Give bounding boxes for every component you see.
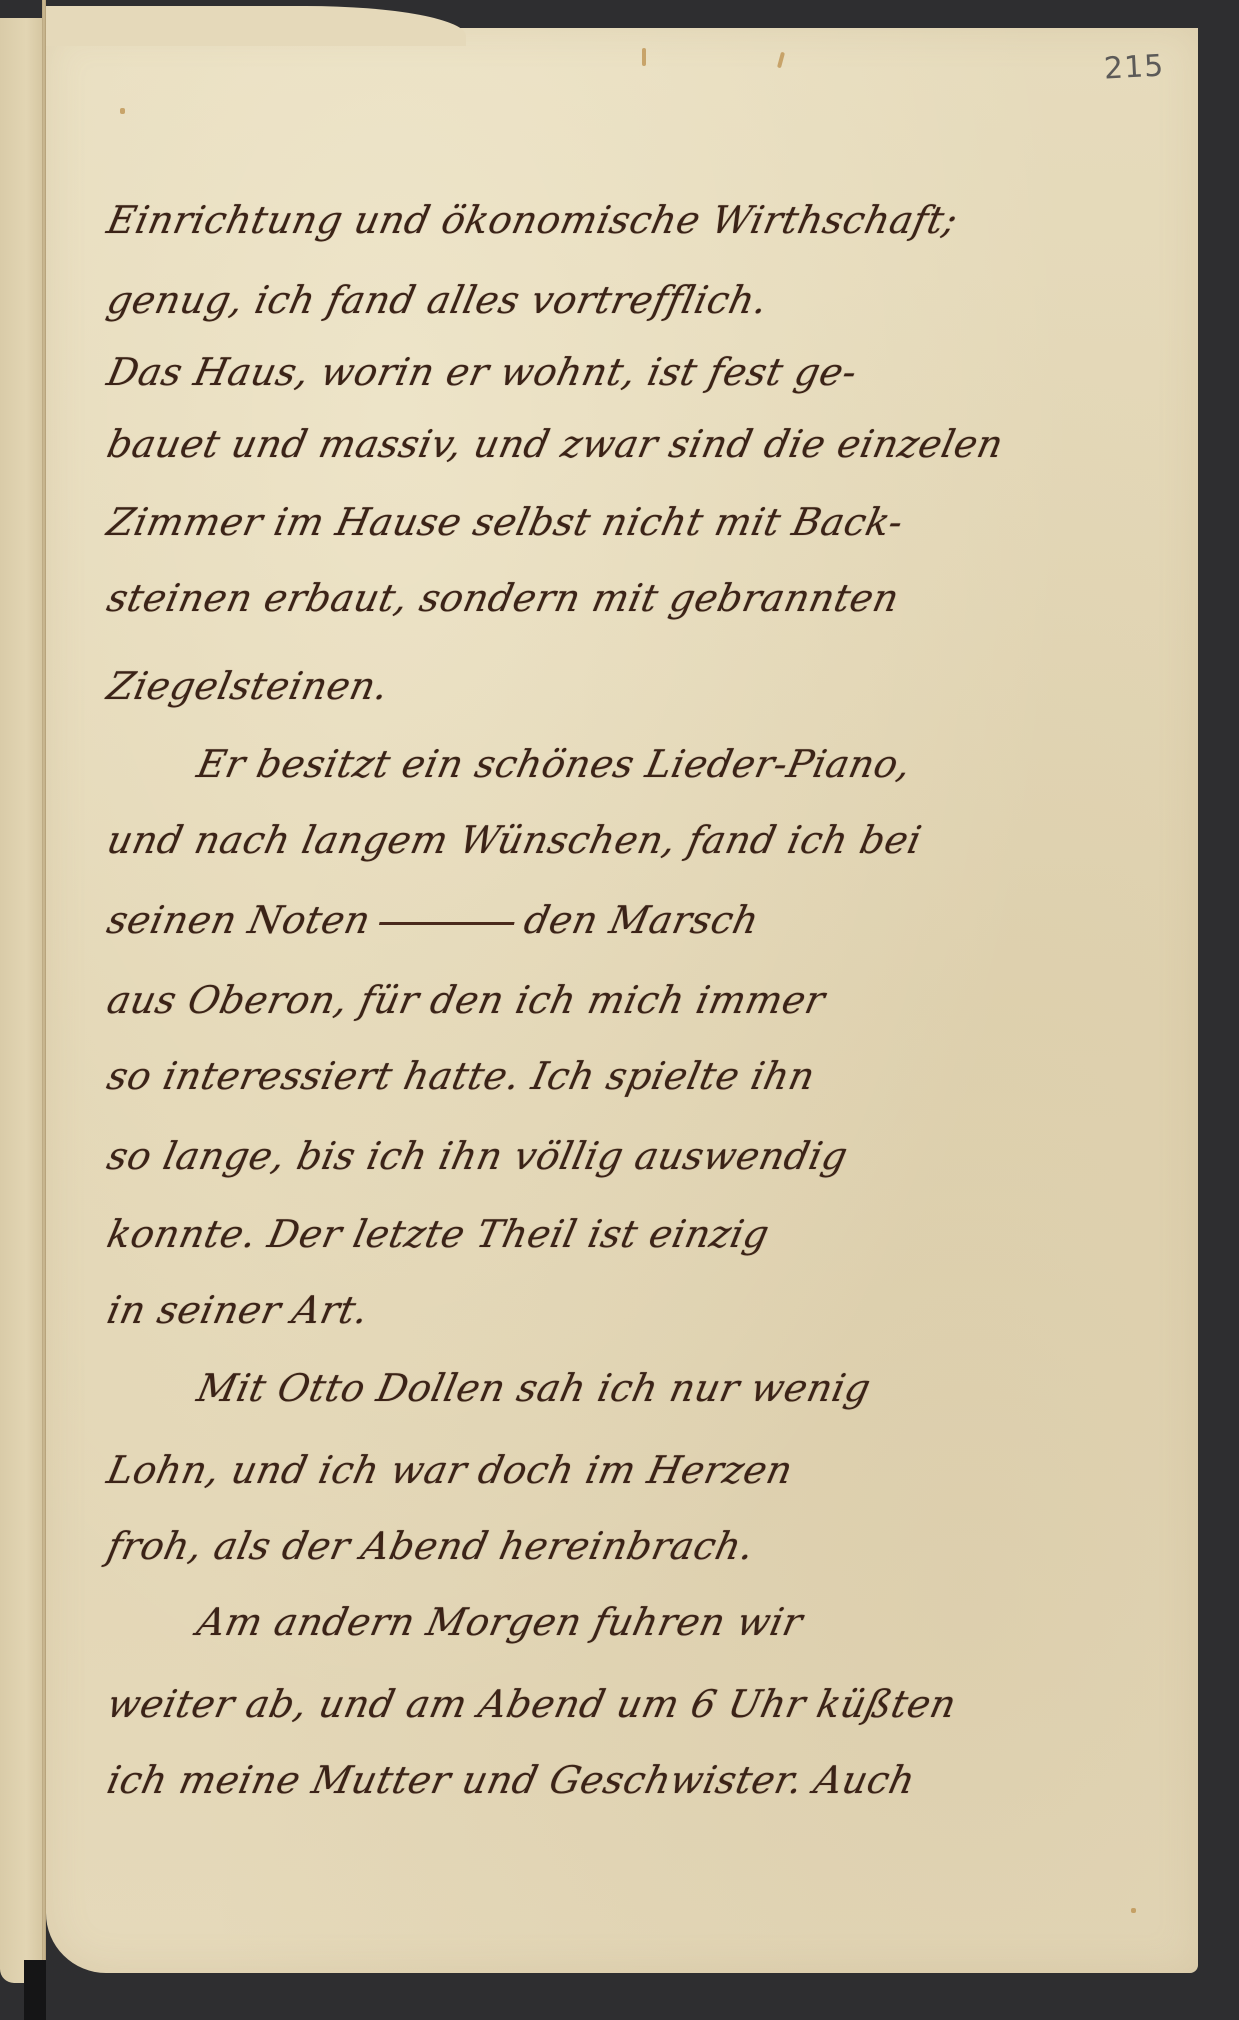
text-line: froh, als der Abend hereinbrach.: [103, 1524, 758, 1568]
text-fragment: seinen Noten: [103, 898, 374, 942]
paper-speck: [1131, 1908, 1136, 1913]
text-line: aus Oberon, für den ich mich immer: [103, 978, 829, 1022]
text-line: konnte. Der letzte Theil ist einzig: [103, 1212, 773, 1256]
facing-page-edge: [0, 18, 44, 1983]
text-line: und nach langem Wünschen, fand ich bei: [103, 818, 925, 862]
paper-speck: [120, 108, 125, 114]
text-line: so lange, bis ich ihn völlig auswendig: [103, 1134, 851, 1178]
manuscript-scan: 215 Einrichtung und ökonomische Wirthsch…: [0, 0, 1239, 2020]
paper-speck: [642, 48, 646, 66]
paper-speck: [777, 52, 785, 68]
text-line: in seiner Art.: [103, 1288, 372, 1332]
text-line: weiter ab, und am Abend um 6 Uhr küßten: [103, 1682, 960, 1726]
text-fragment: den Marsch: [520, 898, 763, 942]
paragraph-start-line: Er besitzt ein schönes Lieder-Piano,: [193, 742, 915, 786]
text-line-with-dash: seinen Notenden Marsch: [103, 898, 763, 942]
text-line: Ziegelsteinen.: [103, 664, 392, 708]
text-line: bauet und massiv, und zwar sind die einz…: [103, 422, 1007, 466]
text-line: steinen erbaut, sondern mit gebrannten: [103, 576, 903, 620]
paragraph-start-line: Am andern Morgen fuhren wir: [193, 1600, 806, 1644]
text-line: genug, ich fand alles vortrefflich.: [103, 278, 771, 322]
text-line: Einrichtung und ökonomische Wirthschaft;: [103, 198, 961, 242]
paragraph-start-line: Mit Otto Dollen sah ich nur wenig: [193, 1366, 874, 1410]
gutter-shadow: [24, 1960, 46, 2020]
folio-number: 215: [1103, 48, 1165, 86]
text-line: Zimmer im Hause selbst nicht mit Back-: [103, 500, 907, 544]
text-line: Das Haus, worin er wohnt, ist fest ge-: [103, 350, 861, 394]
text-line: Lohn, und ich war doch im Herzen: [103, 1448, 796, 1492]
page-top-curve: [46, 6, 466, 46]
text-line: ich meine Mutter und Geschwister. Auch: [103, 1758, 919, 1802]
dash-rule: [379, 922, 515, 925]
text-line: so interessiert hatte. Ich spielte ihn: [103, 1054, 819, 1098]
manuscript-page: 215 Einrichtung und ökonomische Wirthsch…: [46, 28, 1198, 1973]
